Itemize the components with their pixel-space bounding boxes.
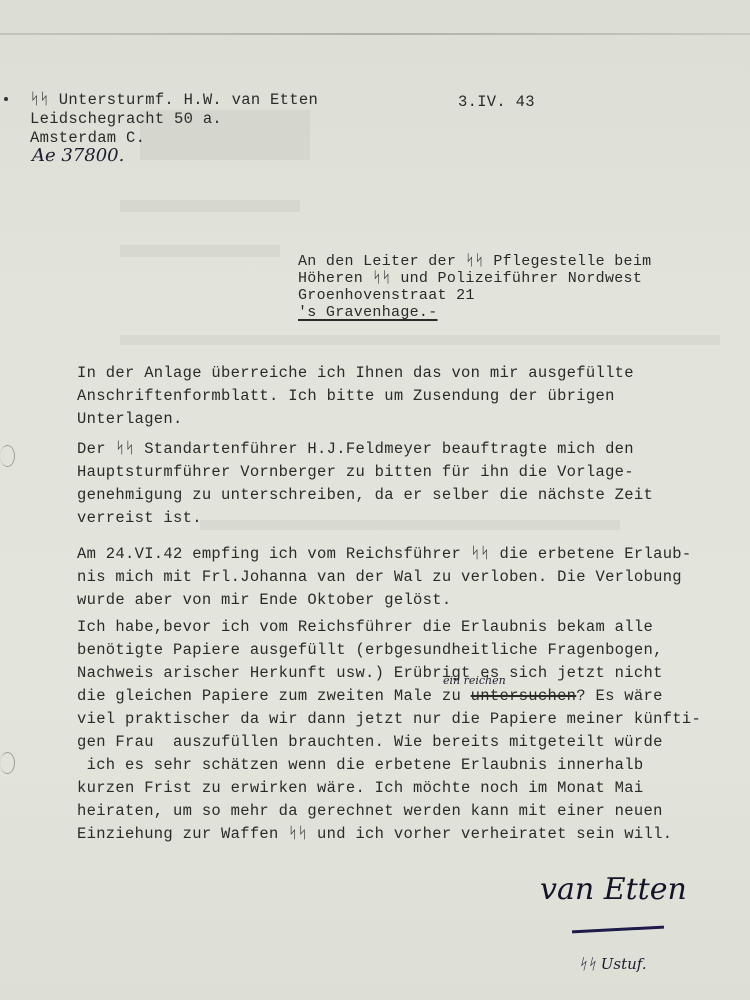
body-line-text: die gleichen Papiere zum zweiten Male zu (77, 687, 471, 705)
body-line: Unterlagen. (77, 410, 183, 428)
body-line: Nachweis arischer Herkunft usw.) Erübrig… (77, 664, 663, 682)
struck-word: untersuchen (471, 687, 577, 705)
body-line: Anschriftenformblatt. Ich bitte um Zusen… (77, 387, 615, 405)
bleed-through (120, 245, 280, 257)
bleed-through (120, 335, 720, 345)
punch-mark (4, 97, 8, 101)
letter-date: 3.IV. 43 (458, 93, 535, 111)
body-line: Am 24.VI.42 empfing ich vom Reichsführer… (77, 545, 692, 563)
fold-line (0, 33, 750, 35)
sender-name: ᛋᛋ Untersturmf. H.W. van Etten (30, 91, 318, 109)
body-line: benötigte Papiere ausgefüllt (erbgesundh… (77, 641, 663, 659)
punch-hole-mark (0, 752, 15, 774)
body-line: Der ᛋᛋ Standartenführer H.J.Feldmeyer be… (77, 440, 634, 458)
body-line: In der Anlage überreiche ich Ihnen das v… (77, 364, 634, 382)
body-line: genehmigung zu unterschreiben, da er sel… (77, 486, 653, 504)
signature: van Etten (540, 872, 687, 907)
recipient-line-3: Groenhovenstraat 21 (298, 287, 475, 304)
bleed-through (200, 520, 620, 530)
body-line: heiraten, um so mehr da gerechnet werden… (77, 802, 663, 820)
letter-page: ᛋᛋ Untersturmf. H.W. van Etten Leidscheg… (0, 0, 750, 1000)
recipient-line-2: Höheren ᛋᛋ und Polizeiführer Nordwest (298, 270, 642, 287)
body-line-with-correction: die gleichen Papiere zum zweiten Male zu… (77, 687, 663, 705)
recipient-city: 's Gravenhage.- (298, 304, 438, 321)
recipient-line-1: An den Leiter der ᛋᛋ Pflegestelle beim (298, 253, 651, 270)
body-line: Ich habe,bevor ich vom Reichsführer die … (77, 618, 653, 636)
body-line: nis mich mit Frl.Johanna van der Wal zu … (77, 568, 682, 586)
bleed-through (120, 200, 300, 212)
body-line: gen Frau auszufüllen brauchten. Wie bere… (77, 733, 663, 751)
handwritten-reference: Ae 37800. (32, 145, 124, 166)
signature-underline (572, 926, 664, 934)
line-tail: ? Es wäre (576, 687, 662, 705)
punch-hole-mark (0, 445, 15, 467)
body-line: wurde aber von mir Ende Oktober gelöst. (77, 591, 451, 609)
sender-street: Leidschegracht 50 a. (30, 110, 222, 128)
handwritten-insertion: ein reichen (443, 674, 506, 687)
body-line: verreist ist. (77, 509, 202, 527)
body-line: viel praktischer da wir dann jetzt nur d… (77, 710, 701, 728)
body-line: Hauptsturmführer Vornberger zu bitten fü… (77, 463, 634, 481)
signature-rank: ᛋᛋ Ustuf. (578, 955, 647, 973)
body-line: kurzen Frist zu erwirken wäre. Ich möcht… (77, 779, 644, 797)
body-line: ich es sehr schätzen wenn die erbetene E… (77, 756, 644, 774)
body-line: Einziehung zur Waffen ᛋᛋ und ich vorher … (77, 825, 672, 843)
